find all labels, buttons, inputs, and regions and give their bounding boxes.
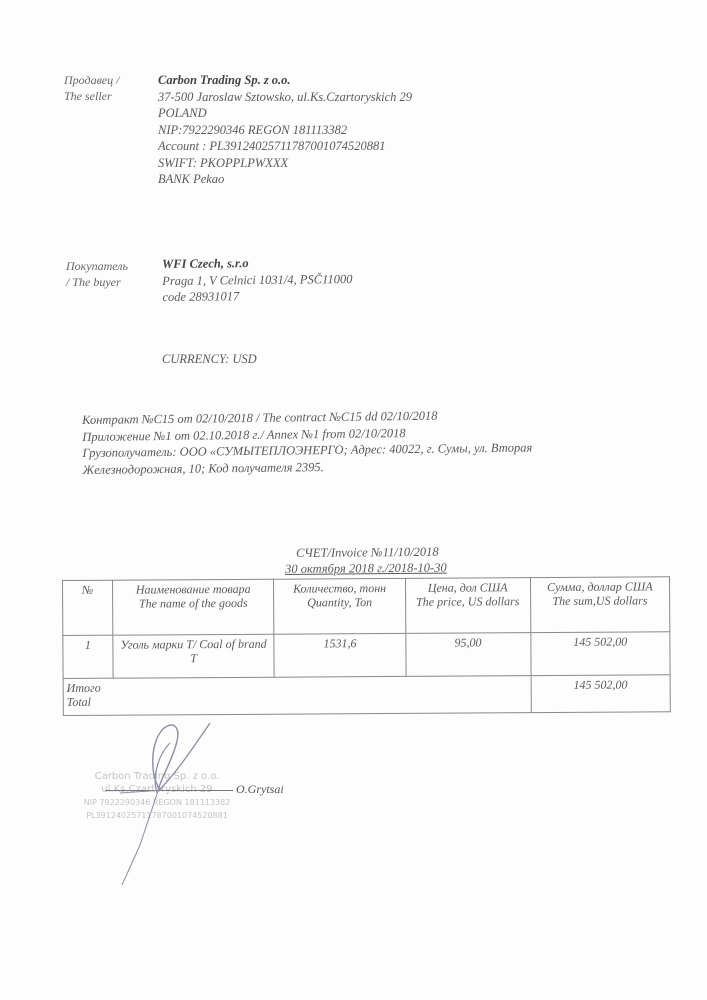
- seller-bank: BANK Pekao: [158, 171, 412, 188]
- header-number-label: №: [82, 583, 93, 597]
- seller-address: 37-500 Jaroslaw Sztowsko, ul.Ks.Czartory…: [158, 89, 412, 106]
- buyer-label-en: / The buyer: [66, 274, 128, 290]
- header-sum: Сумма, доллар США The sum,US dollars: [530, 577, 670, 633]
- table-total-row: Итого Total 145 502,00: [63, 675, 670, 716]
- buyer-details: WFI Czech, s.r.o Praga 1, V Celnici 1031…: [162, 254, 353, 305]
- cell-number: 1: [63, 635, 113, 678]
- buyer-name: WFI Czech, s.r.o: [162, 254, 352, 272]
- seller-label: Продавец / The seller: [64, 72, 119, 104]
- header-number: №: [63, 580, 113, 635]
- seller-swift: SWIFT: PKOPPLPWXXX: [158, 155, 412, 172]
- header-price: Цена, дол США The price, US dollars: [405, 578, 530, 634]
- header-quantity-ru: Количество, тонн: [277, 581, 401, 596]
- header-goods-en: The name of the goods: [116, 596, 271, 611]
- header-goods-ru: Наименование товара: [116, 582, 271, 597]
- seller-ids: NIP:7922290346 REGON 181113382: [158, 122, 412, 139]
- header-sum-ru: Сумма, доллар США: [547, 579, 653, 594]
- signatory-name: O.Grytsai: [236, 782, 284, 797]
- references: Контракт №C15 от 02/10/2018 / The contra…: [82, 407, 533, 478]
- invoice-title: СЧЕТ/Invoice №11/10/2018: [296, 544, 439, 562]
- header-price-en: The price, US dollars: [416, 594, 519, 609]
- cell-sum: 145 502,00: [531, 632, 671, 676]
- total-label-en: Total: [67, 692, 528, 709]
- header-quantity: Количество, тонн Quantity, Ton: [274, 578, 405, 634]
- seller-label-en: The seller: [64, 88, 119, 104]
- cell-goods: Уголь марки Т/ Coal of brand T: [113, 634, 275, 678]
- buyer-code: code 28931017: [162, 287, 352, 305]
- total-value: 145 502,00: [531, 675, 671, 713]
- table-header-row: № Наименование товара The name of the go…: [63, 577, 670, 636]
- header-quantity-en: Quantity, Ton: [278, 595, 402, 610]
- cell-quantity: 1531,6: [274, 633, 405, 677]
- cell-price: 95,00: [405, 633, 530, 677]
- header-goods: Наименование товара The name of the good…: [112, 579, 274, 635]
- invoice-date: 30 октября 2018 г./2018-10-30: [285, 560, 447, 578]
- seller-label-ru: Продавец /: [64, 72, 119, 88]
- seller-country: POLAND: [158, 105, 412, 122]
- total-label: Итого Total: [63, 676, 531, 716]
- table-row: 1 Уголь марки Т/ Coal of brand T 1531,6 …: [63, 632, 670, 679]
- currency: CURRENCY: USD: [162, 351, 257, 368]
- seller-account: Account : PL39124025711787001074520881: [158, 138, 412, 155]
- header-price-ru: Цена, дол США: [428, 580, 508, 594]
- seller-name: Carbon Trading Sp. z o.o.: [158, 72, 412, 89]
- buyer-label-ru: Покупатель: [66, 258, 128, 274]
- seller-details: Carbon Trading Sp. z o.o. 37-500 Jarosla…: [158, 72, 412, 188]
- header-sum-en: The sum,US dollars: [552, 593, 647, 608]
- buyer-label: Покупатель / The buyer: [66, 258, 128, 290]
- buyer-address: Praga 1, V Celnici 1031/4, PSČ11000: [162, 271, 352, 289]
- signature-icon: [100, 715, 220, 895]
- invoice-table: № Наименование товара The name of the go…: [62, 576, 671, 716]
